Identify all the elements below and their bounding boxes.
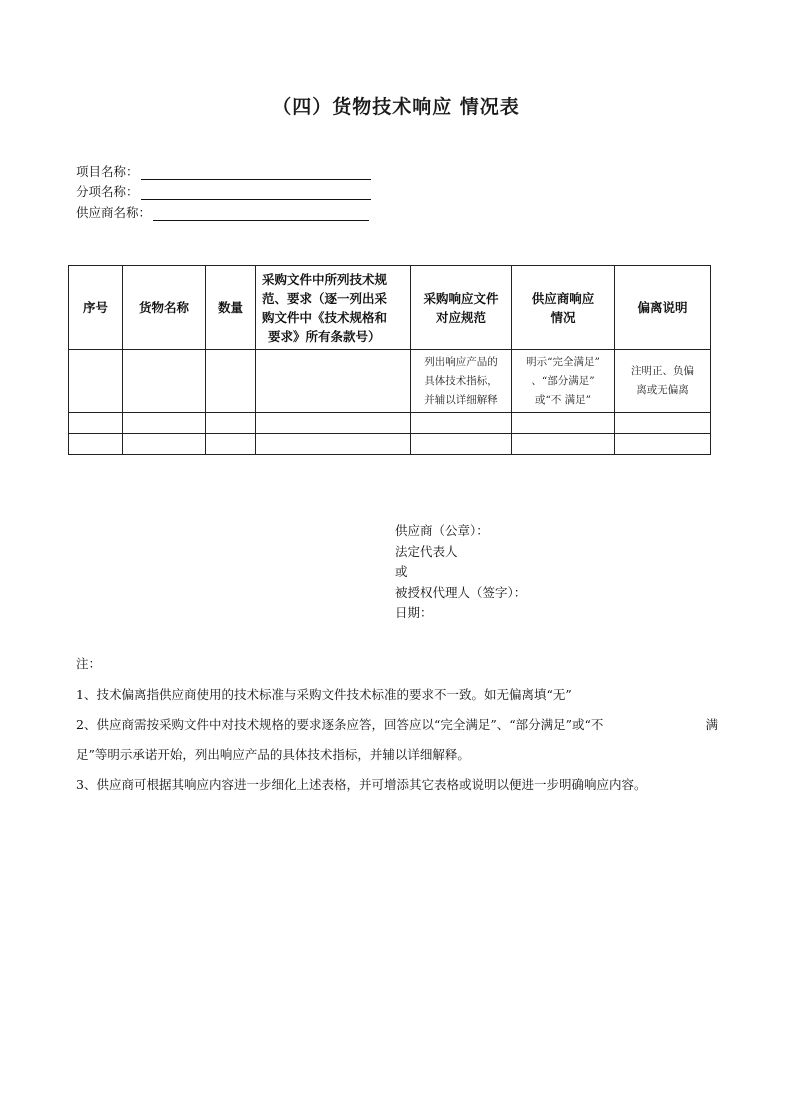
header-spec-line: 购文件中《技术规格和 (262, 308, 410, 327)
cell-seq[interactable] (69, 413, 123, 434)
header-deviation: 偏离说明 (615, 266, 711, 350)
cell-supplier-response[interactable] (512, 413, 615, 434)
note-item-3: 3、供应商可根据其响应内容进一步细化上述表格，并可增添其它表格或说明以便进一步明… (76, 770, 718, 800)
header-spec-line: 采购文件中所列技术规 (262, 270, 410, 289)
table-row (69, 413, 711, 434)
cell-spec[interactable] (256, 350, 411, 413)
legal-representative-label: 法定代表人 (395, 542, 526, 563)
note-item-2-continued: 足”等明示承诺开始，列出响应产品的具体技术指标，并辅以详细解释。 (76, 740, 718, 770)
header-goods-name: 货物名称 (123, 266, 206, 350)
note-item-2-line-1: 2、供应商需按采购文件中对技术规格的要求逐条应答，回答应以“完全满足”、“部分满… (76, 710, 603, 740)
cell-goods-name[interactable] (123, 413, 206, 434)
header-response-spec-line: 对应规范 (411, 308, 511, 327)
cell-response-spec-guide[interactable]: 列出响应产品的 具体技术指标， 并辅以详细解释 (411, 350, 512, 413)
cell-seq[interactable] (69, 434, 123, 455)
cell-quantity[interactable] (206, 413, 256, 434)
page-title: （四）货物技术响应 情况表 (0, 92, 792, 119)
guide-text-line: 离或无偏离 (615, 381, 710, 400)
header-response-spec: 采购响应文件 对应规范 (411, 266, 512, 350)
sub-item-name-field: 分项名称： (76, 182, 371, 200)
header-spec-requirements: 采购文件中所列技术规 范、要求（逐一列出采 购文件中《技术规格和 要求》所有条款… (256, 266, 411, 350)
cell-spec[interactable] (256, 434, 411, 455)
cell-deviation[interactable] (615, 434, 711, 455)
sub-item-name-label: 分项名称： (76, 182, 139, 200)
table-header-row: 序号 货物名称 数量 采购文件中所列技术规 范、要求（逐一列出采 购文件中《技术… (69, 266, 711, 350)
notes-section: 注： 1、技术偏离指供应商使用的技术标准与采购文件技术标准的要求不一致。如无偏离… (76, 654, 718, 800)
supplier-name-field: 供应商名称： (76, 203, 369, 221)
cell-goods-name[interactable] (123, 350, 206, 413)
guide-text-line: 或“不 满足” (512, 391, 614, 410)
header-spec-line: 要求》所有条款号） (262, 327, 410, 346)
sub-item-name-input[interactable] (141, 185, 371, 200)
cell-deviation-guide[interactable]: 注明正、负偏 离或无偏离 (615, 350, 711, 413)
cell-seq[interactable] (69, 350, 123, 413)
header-quantity: 数量 (206, 266, 256, 350)
note-item-1: 1、技术偏离指供应商使用的技术标准与采购文件技术标准的要求不一致。如无偏离填“无… (76, 680, 718, 710)
technical-response-table: 序号 货物名称 数量 采购文件中所列技术规 范、要求（逐一列出采 购文件中《技术… (68, 265, 711, 455)
guide-text-line: 、“部分满足” (512, 372, 614, 391)
header-supplier-response-line: 情况 (512, 308, 614, 327)
header-response-spec-line: 采购响应文件 (411, 289, 511, 308)
supplier-seal-label: 供应商（公章）： (395, 521, 526, 542)
header-supplier-response-line: 供应商响应 (512, 289, 614, 308)
cell-quantity[interactable] (206, 434, 256, 455)
date-label: 日期： (395, 603, 526, 624)
guide-text-line: 列出响应产品的 (411, 353, 511, 372)
project-name-label: 项目名称： (76, 162, 139, 180)
supplier-name-input[interactable] (153, 206, 369, 221)
header-seq: 序号 (69, 266, 123, 350)
cell-response-spec[interactable] (411, 413, 512, 434)
header-supplier-response: 供应商响应 情况 (512, 266, 615, 350)
authorized-agent-label: 被授权代理人（签字）： (395, 583, 526, 604)
or-label: 或 (395, 562, 526, 583)
project-name-input[interactable] (141, 165, 371, 180)
table-row (69, 434, 711, 455)
guide-text-line: 明示“完全满足” (512, 353, 614, 372)
signature-block: 供应商（公章）： 法定代表人 或 被授权代理人（签字）： 日期： (395, 521, 526, 624)
cell-deviation[interactable] (615, 413, 711, 434)
guide-text-line: 具体技术指标， (411, 372, 511, 391)
cell-quantity[interactable] (206, 350, 256, 413)
cell-response-spec[interactable] (411, 434, 512, 455)
table-row-guide: 列出响应产品的 具体技术指标， 并辅以详细解释 明示“完全满足” 、“部分满足”… (69, 350, 711, 413)
cell-goods-name[interactable] (123, 434, 206, 455)
cell-supplier-response-guide[interactable]: 明示“完全满足” 、“部分满足” 或“不 满足” (512, 350, 615, 413)
cell-spec[interactable] (256, 413, 411, 434)
guide-text-line: 注明正、负偏 (615, 362, 710, 381)
guide-text-line: 并辅以详细解释 (411, 391, 511, 410)
cell-supplier-response[interactable] (512, 434, 615, 455)
notes-heading: 注： (76, 654, 718, 674)
note-item-2: 2、供应商需按采购文件中对技术规格的要求逐条应答，回答应以“完全满足”、“部分满… (76, 710, 718, 740)
header-spec-line: 范、要求（逐一列出采 (262, 289, 410, 308)
supplier-name-label: 供应商名称： (76, 203, 151, 221)
note-item-2-line-1-tail: 满 (705, 710, 718, 740)
project-name-field: 项目名称： (76, 162, 371, 180)
